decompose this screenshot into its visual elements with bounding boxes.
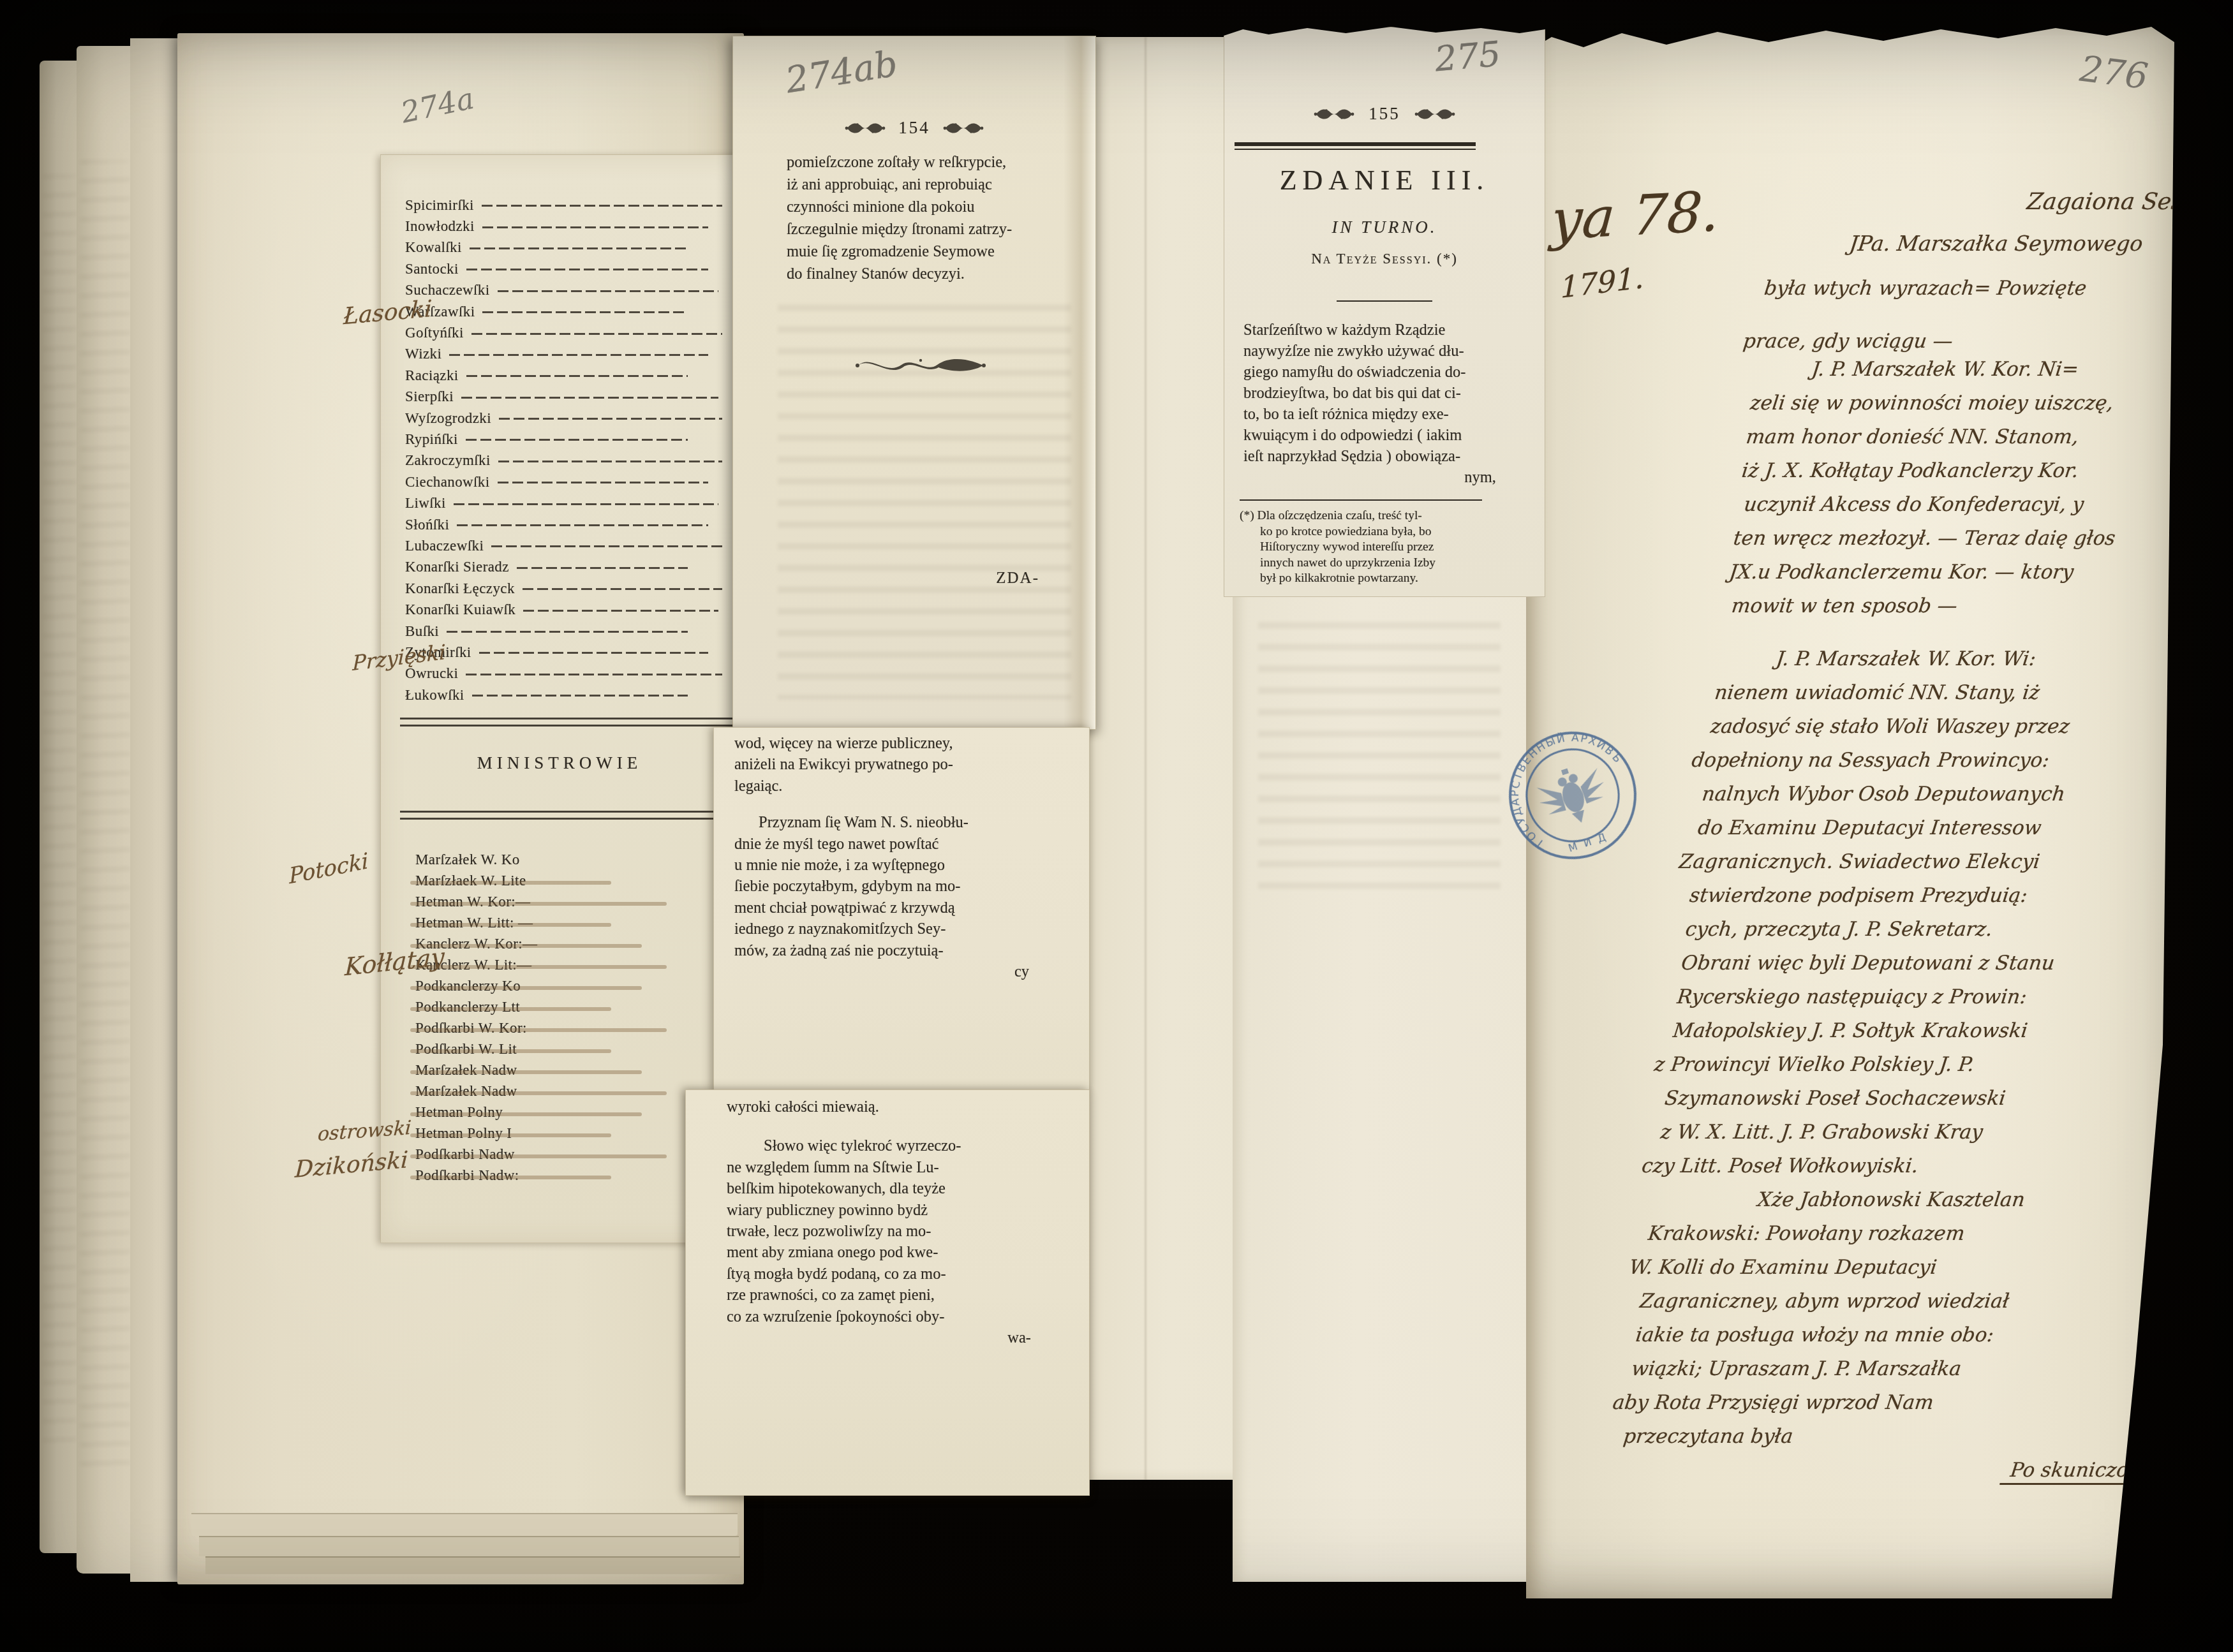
body-line: pomieſzczone zoſtały w reſkrypcie,	[787, 151, 1092, 173]
minister-name: Podſkarbi W. Kor:	[415, 1020, 527, 1036]
deputy-name: Konarſki Kuiawſk	[405, 601, 516, 618]
deputy-name: Buſki	[405, 623, 439, 640]
session-number-fragment: ya 78.	[1549, 180, 1722, 253]
catchword: cy	[734, 961, 1074, 982]
body-line: wod, więcey na wierze publiczney,	[734, 733, 1074, 754]
handwritten-line: wiązki; Upraszam J. P. Marszałka	[1575, 1357, 2186, 1391]
dash-leader	[498, 290, 718, 292]
floral-ornament-icon	[1414, 107, 1455, 121]
deputy-row: Inowłodzki	[405, 216, 727, 237]
handwritten-line: prace, gdy wciągu —	[1702, 330, 2233, 358]
page-header: 154	[733, 118, 1095, 138]
footnote-line: ko po krotce powiedziana była, bo	[1240, 524, 1520, 540]
minister-name: Hetman Polny I	[415, 1125, 512, 1141]
deputy-name: Łukowſki	[405, 687, 464, 704]
handwritten-line: czy Litt. Poseł Wołkowyiski.	[1599, 1154, 2211, 1188]
deputy-name: Inowłodzki	[405, 218, 475, 235]
floral-ornament-icon	[943, 121, 984, 135]
bottom-page-edge	[191, 1513, 738, 1536]
body-line: ieſt naprzykład Sędzia ) obowiąza-	[1243, 446, 1522, 467]
bleedthrough-ghost	[1258, 622, 1501, 890]
minister-row: Kanclerz W. Lit:—	[415, 957, 722, 978]
deputy-name: Konarſki Sieradz	[405, 559, 509, 575]
floral-ornament-icon	[1314, 107, 1354, 121]
body-line: giego namyſłu do oświadczenia do-	[1243, 362, 1522, 383]
handwritten-line: cych, przeczyta J. P. Sekretarz.	[1629, 918, 2233, 952]
body-line: brodzieyſtwa, bo dat bis qui dat ci-	[1243, 383, 1522, 404]
dash-leader	[470, 247, 688, 249]
folio-number-pencil: 275	[1433, 34, 1502, 80]
deputy-row: Liwſki	[405, 492, 727, 513]
deputy-row: Łukowſki	[405, 684, 727, 705]
page-number: 155	[1369, 104, 1400, 124]
deputy-row: Santocki	[405, 258, 727, 279]
minister-row: Marſzałek Nadw	[415, 1062, 722, 1083]
minister-name: Marſzłaek W. Lite	[415, 873, 526, 889]
catchword: ZDA-	[790, 570, 1039, 587]
handwritten-line: Krakowski: Powołany rozkazem	[1591, 1222, 2203, 1256]
double-eagle-icon	[1532, 759, 1614, 833]
body-line: Starſzeńſtwo w każdym Rządzie	[1243, 320, 1522, 341]
minister-row: Podſkarbi W. Kor:	[415, 1020, 722, 1041]
double-rule	[400, 811, 733, 820]
minister-row: Hetman Polny I	[415, 1125, 722, 1146]
minister-row: Marſzałek W. Ko	[415, 852, 722, 873]
handwritten-line: stwierdzone podpisem Prezyduią:	[1633, 884, 2233, 918]
minister-row: Kanclerz W. Kor:—	[415, 936, 722, 957]
minister-row: Podkanclerzy Ltt	[415, 999, 722, 1020]
dash-leader	[479, 652, 708, 654]
handwritten-line: mowit w ten sposob —	[1668, 594, 2233, 628]
handwritten-line: Xże Jabłonowski Kasztelan	[1596, 1188, 2207, 1222]
minister-row: Marſzłaek W. Lite	[415, 873, 722, 894]
session-line: Na Teyże Sessyi. (*)	[1224, 251, 1545, 267]
dash-leader	[457, 524, 708, 526]
deputy-name: Wizki	[405, 346, 441, 362]
body-line: czynności minione dla pokoiu	[787, 196, 1092, 218]
body-line: ſiebie poczytałbym, gdybym na mo-	[734, 876, 1074, 897]
thick-rule	[1235, 142, 1476, 150]
body-line: trwałe, lecz pozwoliwſzy na mo-	[727, 1221, 1066, 1242]
handwritten-signature-line: Po skuniczow.	[1563, 1459, 2174, 1486]
deputy-row: Suchaczewſki	[405, 280, 727, 301]
deputy-name: Rypińſki	[405, 431, 458, 448]
dash-leader	[482, 226, 708, 228]
handwritten-line: W. Kolli do Examinu Deputacyi	[1587, 1256, 2199, 1290]
deputy-name: Suchaczewſki	[405, 282, 490, 299]
minister-row: Marſzałek Nadw	[415, 1083, 722, 1104]
handwritten-line: zadosyć się stało Woli Waszey przez	[1654, 715, 2233, 749]
dash-leader	[472, 695, 688, 697]
deputy-row: Zytomirſki	[405, 642, 727, 663]
dash-leader	[523, 610, 718, 612]
thin-rule	[1337, 300, 1432, 302]
section-heading: MINISTROWIE	[381, 753, 738, 773]
minister-name: Marſzałek Nadw	[415, 1083, 517, 1099]
body-line: belſkim hipotekowanych, dla teyże	[727, 1178, 1066, 1199]
minister-row: Hetman W. Litt: —	[415, 915, 722, 936]
body-line: rze prawności, co za zamęt pieni,	[727, 1285, 1066, 1306]
dash-leader	[466, 674, 722, 675]
handwritten-line: J. P. Marszałek W. Kor. Ni=	[1698, 358, 2233, 392]
footnote-line: innych nawet do uprzykrzenia Izby	[1240, 556, 1520, 572]
deputy-row: Sierpſki	[405, 387, 727, 408]
body-line: kwuiącym i do odpowiedzi ( iakim	[1243, 425, 1522, 446]
deputy-row: Wizki	[405, 344, 727, 365]
dash-leader	[466, 375, 688, 377]
floral-ornament-icon	[845, 121, 886, 135]
deputy-name: Santocki	[405, 261, 459, 277]
body-paragraph: wyroki całości miewaią. Słowo więc tylek…	[727, 1096, 1066, 1348]
deputy-row: Zakroczymſki	[405, 450, 727, 471]
deputy-row: Lubaczewſki	[405, 535, 727, 556]
handwritten-line: Obrani więc byli Deputowani z Stanu	[1624, 952, 2233, 985]
middle-under-sheet	[1233, 584, 1548, 1582]
deputy-row: Konarſki Sieradz	[405, 557, 727, 578]
minister-name: Marſzałek W. Ko	[415, 852, 520, 867]
deputy-row: Raciązki	[405, 365, 727, 386]
minister-row: Podſkarbi Nadw	[415, 1146, 722, 1167]
handwritten-line: iakie ta posługa włoży na mnie obo:	[1579, 1324, 2191, 1357]
body-paragraph: Starſzeńſtwo w każdym Rządzie naywyżſze …	[1243, 320, 1522, 488]
body-line: legaiąc.	[734, 776, 1074, 797]
handwritten-line: J. P. Marszałek W. Kor. Wi:	[1662, 647, 2233, 681]
body-line: iż ani approbuiąc, ani reprobuiąc	[787, 173, 1092, 196]
handwritten-line: Szymanowski Poseł Sochaczewski	[1608, 1087, 2220, 1121]
printed-slip-155: 275 155 ZDANIE III. IN TURNO. Na Teyże S…	[1224, 27, 1545, 597]
deputy-name: Goſtyńſki	[405, 325, 464, 341]
dash-leader	[471, 333, 722, 335]
handwritten-line: Litta. A. —	[1705, 311, 2233, 330]
body-line: ſzczegulnie między ſtronami zatrzy-	[787, 218, 1092, 240]
footnote-line: (*) Dla oſzczędzenia czaſu, treść tyl-	[1240, 508, 1520, 524]
handwritten-line: ten wręcz mezłozył. — Teraz daię głos	[1677, 527, 2233, 561]
dash-leader	[466, 439, 688, 441]
body-line: u mnie nie może, i za wyſtępnego	[734, 855, 1074, 876]
handwritten-line: Małopolskiey J. P. Sołtyk Krakowski	[1616, 1019, 2228, 1053]
body-line: to, bo ta ieſt różnica między exe-	[1243, 404, 1522, 425]
handwritten-line: z Prowincyi Wielko Polskiey J. P.	[1612, 1053, 2224, 1087]
dash-leader	[523, 588, 722, 590]
faint-bleedthrough-script	[80, 161, 130, 1471]
dash-leader	[498, 482, 708, 483]
page-header: 155	[1224, 104, 1545, 124]
handwritten-line: Zagraniczney, abym wprzod wiedział	[1583, 1290, 2195, 1324]
deputy-row: Słońſki	[405, 514, 727, 535]
minister-name: Hetman W. Litt: —	[415, 915, 533, 931]
minister-name: Podſkarbi W. Lit	[415, 1041, 517, 1057]
deputy-row: Wyſzogrodzki	[405, 408, 727, 429]
minister-row: Hetman W. Kor:—	[415, 894, 722, 915]
handwritten-line: nienem uwiadomić NN. Stany, iż	[1658, 681, 2233, 715]
handwritten-line: Litta. B. —	[1666, 628, 2233, 647]
body-line: muie ſię zgromadzenie Seymowe	[787, 240, 1092, 263]
deputy-name: Liwſki	[405, 495, 446, 512]
body-line: ment chciał powątpiwać z krzywdą	[734, 897, 1074, 918]
bottom-page-edge	[199, 1536, 739, 1556]
deputies-list: Spicimirſki Inowłodzki Kowalſki Santocki…	[405, 195, 727, 705]
bottom-page-edge	[205, 1556, 740, 1574]
deputy-name: Raciązki	[405, 367, 459, 384]
deputy-row: Konarſki Kuiawſk	[405, 599, 727, 620]
handwritten-line: JX.u Podkanclerzemu Kor. — ktory	[1673, 561, 2233, 594]
body-line: naywyżſze nie zwykło używać dłu-	[1243, 341, 1522, 362]
handwritten-line: z W. X. Litt. J. P. Grabowski Kray	[1604, 1121, 2216, 1154]
footnote: (*) Dla oſzczędzenia czaſu, treść tyl- k…	[1240, 508, 1520, 587]
handwritten-line: aby Rota Przysięgi wprzod Nam	[1571, 1391, 2183, 1425]
deputy-name: Wyſzogrodzki	[405, 410, 491, 427]
dash-leader	[447, 631, 688, 633]
section-title: ZDANIE III.	[1224, 164, 1545, 196]
deputy-name: Ciechanowſki	[405, 474, 490, 490]
ministers-list: Marſzałek W. Ko Marſzłaek W. Lite Hetman…	[415, 852, 722, 1188]
minister-name: Hetman W. Kor:—	[415, 894, 530, 910]
body-line: mów, za żadną zaś nie poczytuią-	[734, 940, 1074, 961]
minister-name: Podſkarbi Nadw:	[415, 1167, 519, 1183]
folio-number-pencil: 274ab	[783, 43, 900, 102]
handwritten-line: uczynił Akcess do Konfederacyi, y	[1681, 493, 2233, 527]
body-line: dnie że myśl tego nawet powſtać	[734, 834, 1074, 855]
deputy-name: Lubaczewſki	[405, 538, 484, 554]
left-stack-edge	[77, 46, 137, 1574]
minister-row: Podkanclerzy Ko	[415, 978, 722, 999]
handwritten-line: mam honor donieść NN. Stanom,	[1689, 425, 2233, 459]
dash-leader	[517, 567, 688, 569]
dash-leader	[454, 503, 718, 505]
body-line: wyroki całości miewaią.	[727, 1096, 1066, 1117]
handwritten-line: była wtych wyrazach= Powzięte	[1707, 277, 2233, 311]
handwritten-line: nalnych Wybor Osob Deputowanych	[1645, 783, 2233, 816]
faint-bleedthrough-script	[43, 175, 77, 1451]
dash-leader	[482, 205, 722, 207]
manuscript-spread-photo: 274a Spicimirſki Inowłodzki Kowalſki San…	[0, 0, 2233, 1652]
deputy-row: Spicimirſki	[405, 195, 727, 216]
footnote-line: Hiſtoryczny wywod intereſſu przez	[1240, 540, 1520, 556]
dash-leader	[466, 269, 708, 270]
dash-leader	[461, 397, 718, 399]
footnote-line: był po kilkakrotnie powtarzany.	[1240, 571, 1520, 587]
deputy-row: Warſzawſki	[405, 301, 727, 322]
handwritten-line: przeczytana była	[1566, 1425, 2178, 1459]
minister-row: Hetman Polny	[415, 1104, 722, 1125]
body-line: wiary publiczney powinno bydż	[727, 1200, 1066, 1221]
deputy-row: Konarſki Łęczyck	[405, 578, 727, 599]
body-line: ſtyą mogła bydź podaną, co za mo-	[727, 1264, 1066, 1285]
deputy-name: Konarſki Łęczyck	[405, 580, 515, 597]
deputy-name: Sierpſki	[405, 388, 454, 405]
deputy-row: Rypińſki	[405, 429, 727, 450]
handwritten-line: JPa. Marszałka Seymowego	[1712, 231, 2233, 268]
printed-strip: wyroki całości miewaią. Słowo więc tylek…	[685, 1089, 1090, 1496]
body-line: Przyznam ſię Wam N. S. nieobłu-	[734, 812, 1074, 833]
dash-leader	[449, 354, 708, 356]
handwritten-line: Zagaiona Sessya przez	[1718, 189, 2233, 225]
minister-row: Podſkarbi Nadw:	[415, 1167, 722, 1188]
printed-deputies-slip: Spicimirſki Inowłodzki Kowalſki Santocki…	[380, 154, 745, 1243]
handwritten-line: dopełniony na Sessyach Prowincyo:	[1649, 749, 2233, 783]
body-line: nym,	[1243, 467, 1522, 488]
floral-divider-icon	[854, 357, 988, 374]
folio-number-pencil: 276	[2077, 48, 2150, 98]
dash-leader	[498, 461, 722, 462]
handwritten-text-block: Zagaiona Sessya przez JPa. Marszałka Sey…	[1563, 189, 2233, 1486]
minister-name: Podkanclerzy Ltt	[415, 999, 520, 1015]
deputy-row: Goſtyńſki	[405, 322, 727, 343]
handwritten-line: do Examinu Deputacyi Interessow	[1641, 816, 2233, 850]
handwritten-line: zeli się w powinności moiey uiszczę,	[1693, 392, 2233, 425]
body-line: co za wzruſzenie ſpokoyności oby-	[727, 1306, 1066, 1327]
deputy-row: Buſki	[405, 621, 727, 642]
body-line: ne względem ſumm na Sſtwie Lu-	[727, 1157, 1066, 1178]
dash-leader	[499, 418, 722, 420]
section-subtitle: IN TURNO.	[1224, 218, 1545, 237]
body-line: iednego z nayznakomitſzych Sey-	[734, 918, 1074, 940]
minister-name: Podkanclerzy Ko	[415, 978, 521, 994]
deputy-name: Słońſki	[405, 517, 449, 533]
body-line: do finalney Stanów decyzyi.	[787, 263, 1092, 285]
minister-row: Podſkarbi W. Lit	[415, 1041, 722, 1062]
paper-crease	[1145, 37, 1146, 1480]
footnote-rule	[1240, 499, 1482, 501]
body-line: Słowo więc tylekroć wyrzeczo-	[727, 1135, 1066, 1156]
minister-name: Hetman Polny	[415, 1104, 503, 1120]
body-line: aniżeli na Ewikcyi prywatnego po-	[734, 754, 1074, 775]
deputy-row: Owrucki	[405, 663, 727, 684]
deputy-name: Zakroczymſki	[405, 452, 491, 469]
minister-name: Podſkarbi Nadw	[415, 1146, 515, 1162]
double-rule	[400, 718, 733, 726]
deputy-row: Kowalſki	[405, 237, 727, 258]
printed-slip-154: 274ab 154 pomieſzczone zoſtały w reſkryp…	[732, 36, 1096, 730]
page-number: 154	[898, 118, 930, 138]
body-line: ment aby zmiana onego pod kwe-	[727, 1242, 1066, 1263]
deputy-row: Ciechanowſki	[405, 471, 727, 492]
handwritten-line: Zagranicznych. Swiadectwo Elekcyi	[1637, 850, 2233, 884]
catchword: wa-	[727, 1327, 1066, 1348]
minister-name: Marſzałek Nadw	[415, 1062, 517, 1078]
body-paragraph: pomieſzczone zoſtały w reſkrypcie, iż an…	[787, 151, 1092, 285]
deputy-name: Spicimirſki	[405, 197, 474, 214]
signature-text: Po skuniczow.	[1999, 1459, 2155, 1485]
body-paragraph: wod, więcey na wierze publiczney, aniżel…	[734, 733, 1074, 982]
dash-leader	[491, 545, 722, 547]
handwritten-line: Rycerskiego następuiący z Prowin:	[1621, 985, 2232, 1019]
handwritten-line: iż J. X. Kołłątay Podkanclerzy Kor.	[1685, 459, 2233, 493]
dash-leader	[482, 311, 688, 313]
deputy-name: Kowalſki	[405, 239, 462, 256]
printed-strip: wod, więcey na wierze publiczney, aniżel…	[713, 727, 1090, 1092]
